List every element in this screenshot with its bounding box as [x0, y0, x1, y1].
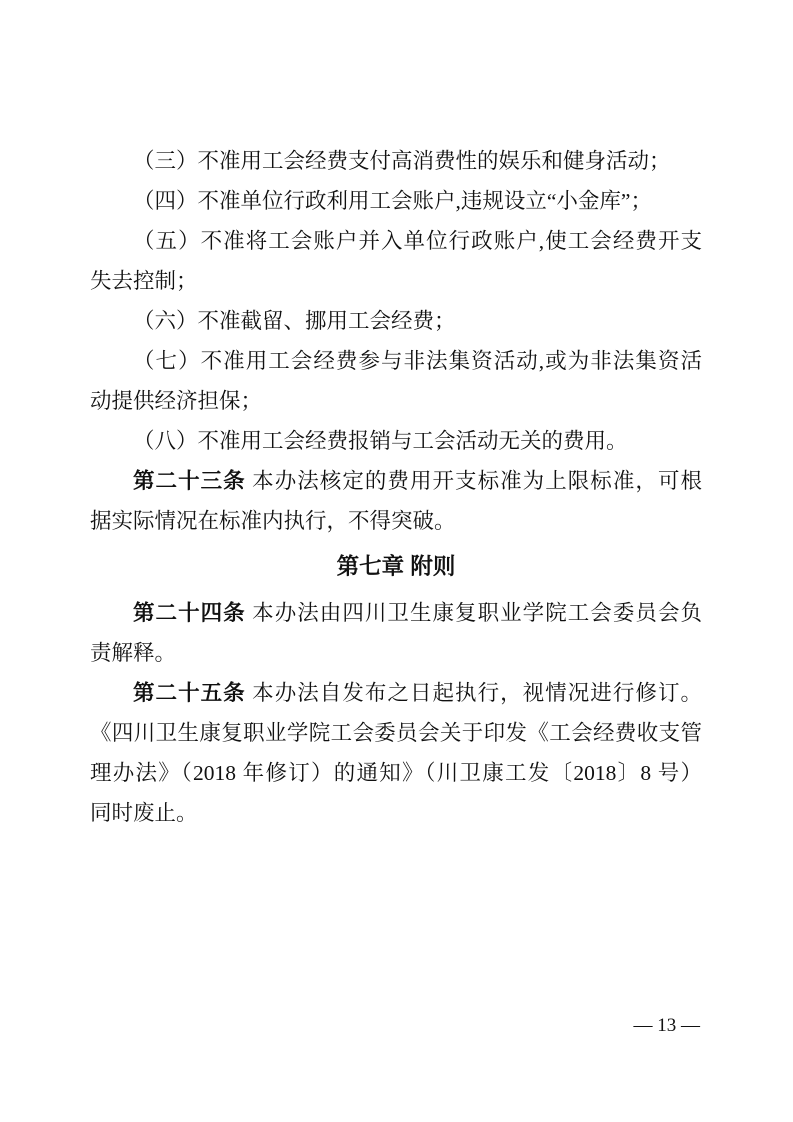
text-line: 失去控制； — [90, 261, 702, 301]
text-line: （五）不准将工会账户并入单位行政账户,使工会经费开支 — [90, 221, 702, 261]
document-page: （三）不准用工会经费支付高消费性的娱乐和健身活动；（四）不准单位行政利用工会账户… — [0, 0, 793, 1122]
text-line: 第二十三条 本办法核定的费用开支标准为上限标准，可根 — [90, 461, 702, 501]
article-number: 第二十四条 — [133, 601, 246, 625]
chapter-heading: 第七章 附则 — [90, 547, 702, 587]
document-body: （三）不准用工会经费支付高消费性的娱乐和健身活动；（四）不准单位行政利用工会账户… — [90, 141, 702, 833]
text-line: 理办法》（2018 年修订）的通知》（川卫康工发〔2018〕8 号） — [90, 753, 702, 793]
text-line: （七）不准用工会经费参与非法集资活动,或为非法集资活 — [90, 341, 702, 381]
text-line: （八）不准用工会经费报销与工会活动无关的费用。 — [90, 421, 702, 461]
text-line: 同时废止。 — [90, 793, 702, 833]
text-line: 第二十四条 本办法由四川卫生康复职业学院工会委员会负 — [90, 593, 702, 633]
text-line: （四）不准单位行政利用工会账户,违规设立“小金库”； — [90, 181, 702, 221]
article-number: 第二十五条 — [133, 681, 246, 705]
text-line: （六）不准截留、挪用工会经费； — [90, 301, 702, 341]
text-line: 责解释。 — [90, 633, 702, 673]
text-line: （三）不准用工会经费支付高消费性的娱乐和健身活动； — [90, 141, 702, 181]
text-line: 《四川卫生康复职业学院工会委员会关于印发《工会经费收支管 — [90, 713, 702, 753]
text-line: 动提供经济担保； — [90, 381, 702, 421]
page-number: — 13 — — [634, 1013, 701, 1039]
text-line: 据实际情况在标准内执行，不得突破。 — [90, 501, 702, 541]
text-line: 第二十五条 本办法自发布之日起执行，视情况进行修订。 — [90, 673, 702, 713]
article-number: 第二十三条 — [133, 469, 246, 493]
